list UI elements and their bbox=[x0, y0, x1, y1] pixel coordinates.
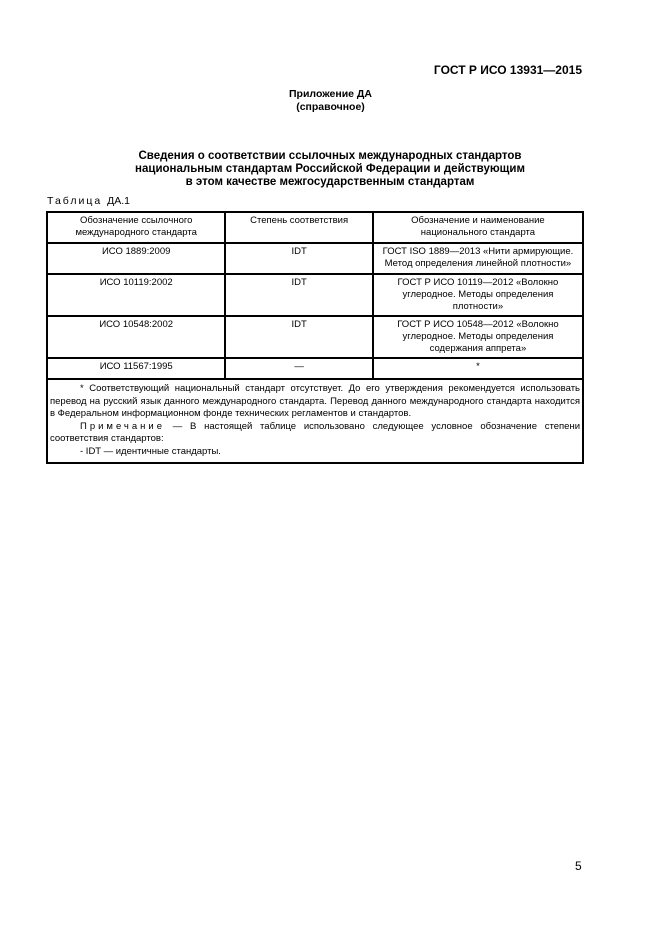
page-number: 5 bbox=[575, 859, 582, 873]
column-header: Степень соответствия bbox=[225, 212, 372, 243]
annex-subtitle: (справочное) bbox=[0, 101, 661, 114]
national-standard-cell: ГОСТ ISO 1889—2013 «Нити армирующие. Мет… bbox=[373, 243, 583, 274]
intl-standard-cell: ИСО 1889:2009 bbox=[47, 243, 225, 274]
section-title: Сведения о соответствии ссылочных междун… bbox=[60, 150, 600, 189]
table-notes-row: * Соответствующий национальный стандарт … bbox=[47, 379, 583, 463]
table-row: ИСО 11567:1995 — * bbox=[47, 358, 583, 379]
intl-standard-cell: ИСО 10548:2002 bbox=[47, 316, 225, 358]
degree-cell: — bbox=[225, 358, 372, 379]
table-caption-word: Таблица bbox=[47, 195, 102, 207]
column-header: Обозначение ссылочного международного ст… bbox=[47, 212, 225, 243]
note: Примечание — В настоящей таблице использ… bbox=[50, 421, 580, 446]
annex-heading: Приложение ДА (справочное) bbox=[0, 88, 661, 114]
note-item: - IDT — идентичные стандарты. bbox=[50, 446, 580, 459]
section-title-line: Сведения о соответствии ссылочных междун… bbox=[60, 150, 600, 163]
column-header: Обозначение и наименование национального… bbox=[373, 212, 583, 243]
table-header-row: Обозначение ссылочного международного ст… bbox=[47, 212, 583, 243]
national-standard-cell: ГОСТ Р ИСО 10548—2012 «Волокно углеродно… bbox=[373, 316, 583, 358]
national-standard-cell: * bbox=[373, 358, 583, 379]
standard-id: ГОСТ Р ИСО 13931—2015 bbox=[434, 63, 582, 77]
table-caption-number: ДА.1 bbox=[107, 195, 130, 207]
table-caption: Таблица ДА.1 bbox=[47, 195, 130, 207]
intl-standard-cell: ИСО 10119:2002 bbox=[47, 274, 225, 316]
section-title-line: национальным стандартам Российской Федер… bbox=[60, 163, 600, 176]
table-row: ИСО 10119:2002 IDT ГОСТ Р ИСО 10119—2012… bbox=[47, 274, 583, 316]
degree-cell: IDT bbox=[225, 274, 372, 316]
national-standard-cell: ГОСТ Р ИСО 10119—2012 «Волокно углеродно… bbox=[373, 274, 583, 316]
annex-title: Приложение ДА bbox=[0, 88, 661, 101]
table-row: ИСО 10548:2002 IDT ГОСТ Р ИСО 10548—2012… bbox=[47, 316, 583, 358]
table-notes: * Соответствующий национальный стандарт … bbox=[47, 379, 583, 463]
intl-standard-cell: ИСО 11567:1995 bbox=[47, 358, 225, 379]
footnote: * Соответствующий национальный стандарт … bbox=[50, 383, 580, 421]
note-label: Примечание bbox=[80, 421, 165, 432]
table-row: ИСО 1889:2009 IDT ГОСТ ISO 1889—2013 «Ни… bbox=[47, 243, 583, 274]
degree-cell: IDT bbox=[225, 316, 372, 358]
degree-cell: IDT bbox=[225, 243, 372, 274]
section-title-line: в этом качестве межгосударственным станд… bbox=[60, 176, 600, 189]
correspondence-table: Обозначение ссылочного международного ст… bbox=[46, 211, 584, 464]
